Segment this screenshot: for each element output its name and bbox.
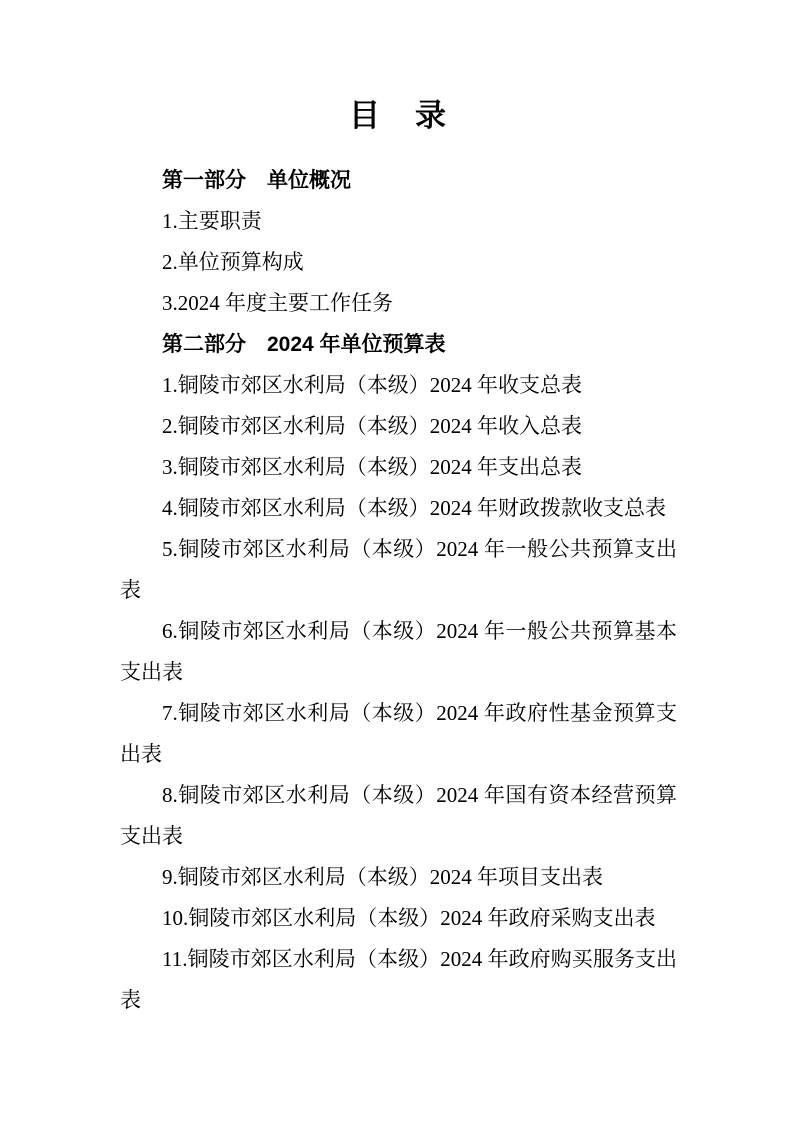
- toc-item-2-4: 4.铜陵市郊区水利局（本级）2024 年财政拨款收支总表: [120, 488, 677, 529]
- toc-item-1-2: 2.单位预算构成: [120, 242, 677, 283]
- toc-item-2-11: 11.铜陵市郊区水利局（本级）2024 年政府购买服务支出表: [120, 939, 677, 1021]
- toc-item-2-6: 6.铜陵市郊区水利局（本级）2024 年一般公共预算基本支出表: [120, 611, 677, 693]
- toc-item-2-1: 1.铜陵市郊区水利局（本级）2024 年收支总表: [120, 365, 677, 406]
- toc-item-2-7: 7.铜陵市郊区水利局（本级）2024 年政府性基金预算支出表: [120, 693, 677, 775]
- page-title: 目 录: [120, 95, 677, 136]
- toc-item-2-5: 5.铜陵市郊区水利局（本级）2024 年一般公共预算支出表: [120, 529, 677, 611]
- section-unit-overview: 第一部分 单位概况 1.主要职责 2.单位预算构成 3.2024 年度主要工作任…: [120, 160, 677, 324]
- toc-item-2-9: 9.铜陵市郊区水利局（本级）2024 年项目支出表: [120, 857, 677, 898]
- toc-item-2-2: 2.铜陵市郊区水利局（本级）2024 年收入总表: [120, 406, 677, 447]
- section-budget-tables: 第二部分 2024 年单位预算表 1.铜陵市郊区水利局（本级）2024 年收支总…: [120, 324, 677, 1021]
- toc-item-1-3: 3.2024 年度主要工作任务: [120, 283, 677, 324]
- section-1-heading: 第一部分 单位概况: [120, 160, 677, 201]
- toc-item-2-10: 10.铜陵市郊区水利局（本级）2024 年政府采购支出表: [120, 898, 677, 939]
- toc-item-2-8: 8.铜陵市郊区水利局（本级）2024 年国有资本经营预算支出表: [120, 775, 677, 857]
- toc-item-1-1: 1.主要职责: [120, 201, 677, 242]
- document-page: 目 录 第一部分 单位概况 1.主要职责 2.单位预算构成 3.2024 年度主…: [0, 0, 793, 1122]
- section-2-heading: 第二部分 2024 年单位预算表: [120, 324, 677, 365]
- toc-item-2-3: 3.铜陵市郊区水利局（本级）2024 年支出总表: [120, 447, 677, 488]
